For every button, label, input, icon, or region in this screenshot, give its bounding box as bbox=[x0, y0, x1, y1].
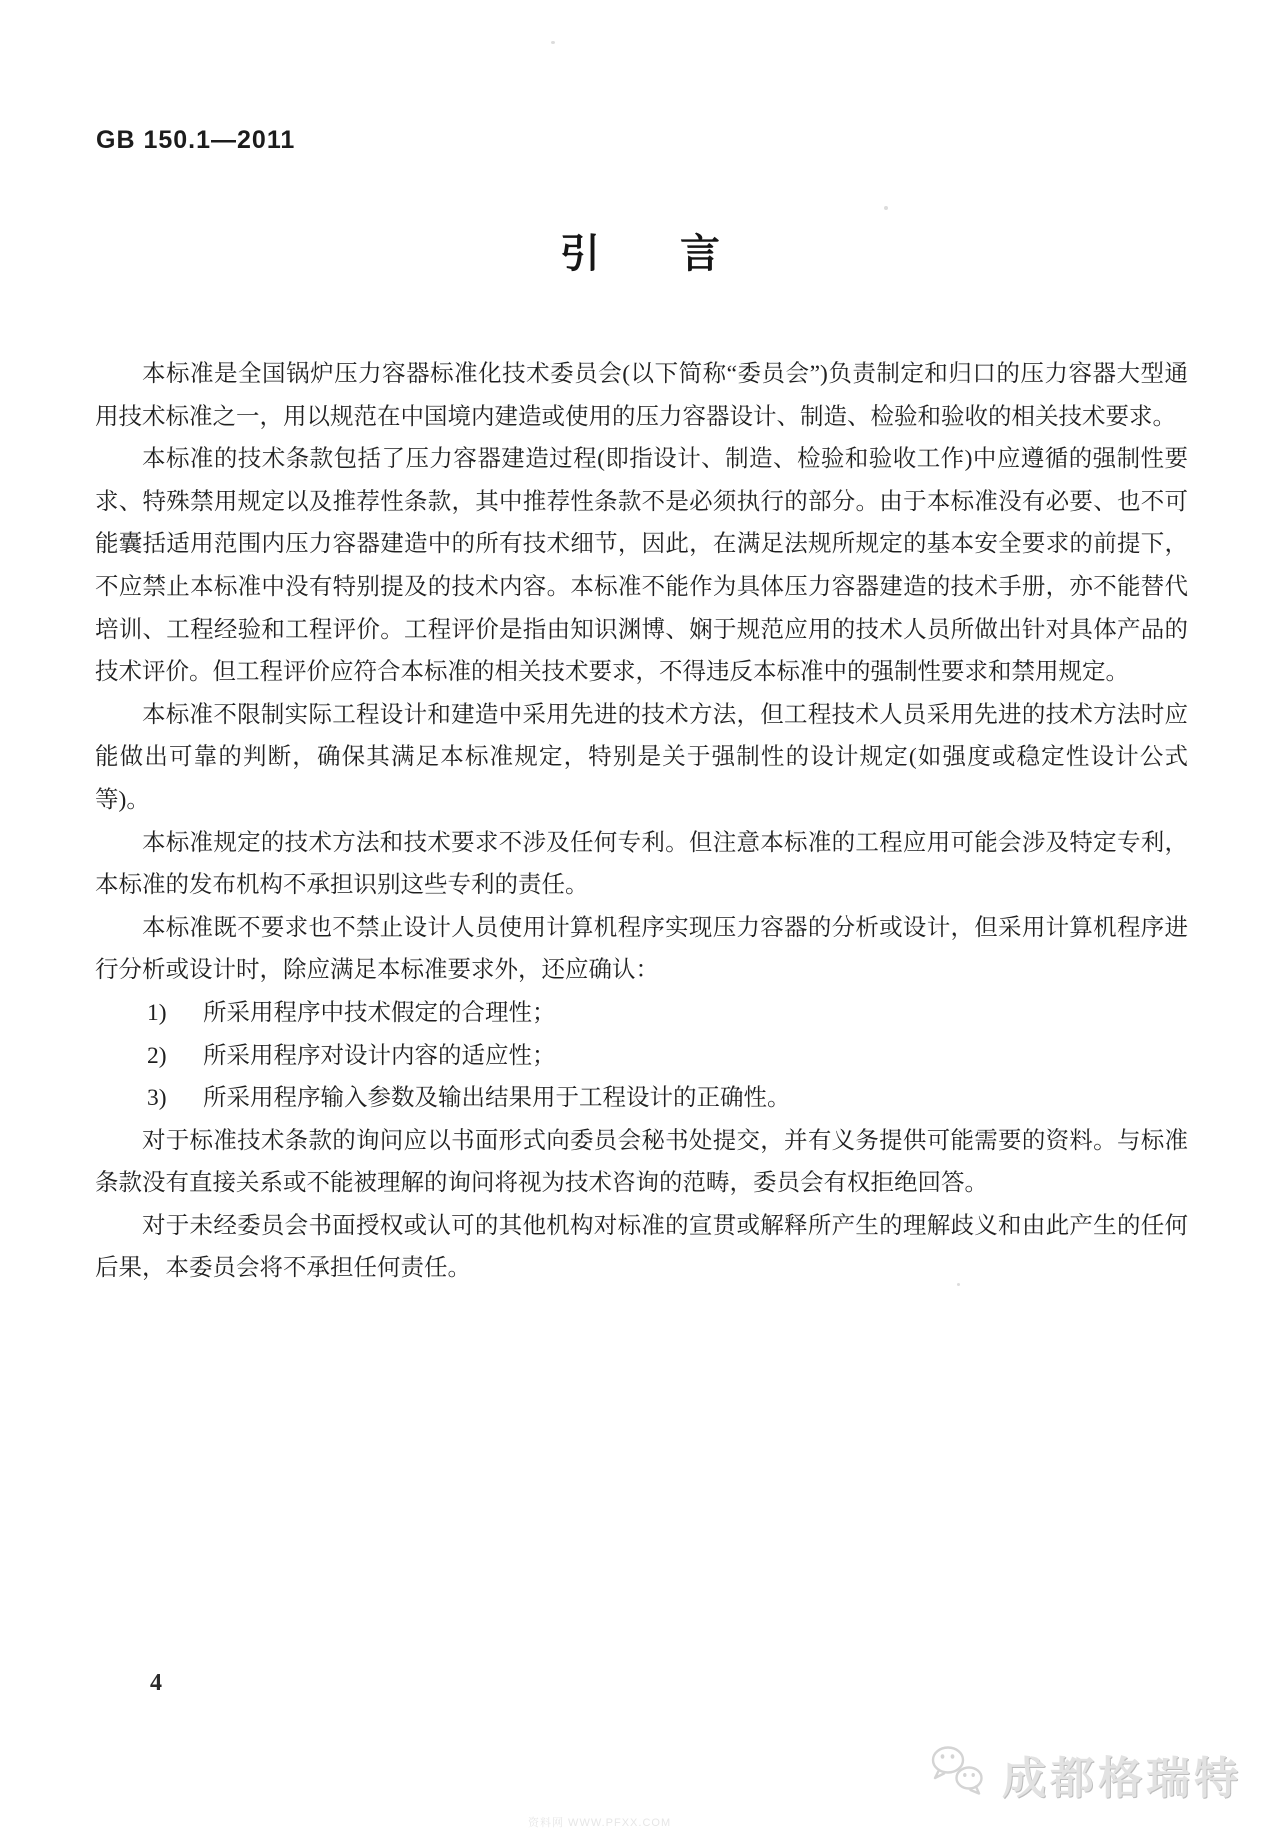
page-number: 4 bbox=[150, 1670, 162, 1697]
list-item-number: 2) bbox=[147, 1035, 203, 1078]
list-item: 1)所采用程序中技术假定的合理性； bbox=[95, 992, 1188, 1035]
scan-speck bbox=[551, 41, 555, 44]
paragraph: 本标准规定的技术方法和技术要求不涉及任何专利。但注意本标准的工程应用可能会涉及特… bbox=[95, 822, 1188, 907]
paragraph: 本标准不限制实际工程设计和建造中采用先进的技术方法，但工程技术人员采用先进的技术… bbox=[95, 694, 1188, 822]
list-item-text: 所采用程序对设计内容的适应性； bbox=[203, 1043, 556, 1069]
list-item: 3)所采用程序输入参数及输出结果用于工程设计的正确性。 bbox=[95, 1077, 1188, 1120]
brand-watermark: 成都格瑞特 bbox=[928, 1742, 1242, 1806]
scan-speck bbox=[344, 1128, 347, 1131]
paragraph: 对于标准技术条款的询问应以书面形式向委员会秘书处提交，并有义务提供可能需要的资料… bbox=[95, 1120, 1188, 1205]
numbered-list: 1)所采用程序中技术假定的合理性； 2)所采用程序对设计内容的适应性； 3)所采… bbox=[95, 992, 1188, 1120]
paragraph: 本标准是全国锅炉压力容器标准化技术委员会(以下简称“委员会”)负责制定和归口的压… bbox=[95, 353, 1188, 438]
list-item-text: 所采用程序输入参数及输出结果用于工程设计的正确性。 bbox=[203, 1085, 791, 1111]
paragraph: 本标准既不要求也不禁止设计人员使用计算机程序实现压力容器的分析或设计，但采用计算… bbox=[95, 907, 1188, 992]
list-item: 2)所采用程序对设计内容的适应性； bbox=[95, 1035, 1188, 1078]
list-item-number: 1) bbox=[147, 992, 203, 1035]
page-title: 引 言 bbox=[0, 222, 1280, 279]
paragraph: 对于未经委员会书面授权或认可的其他机构对标准的宣贯或解释所产生的理解歧义和由此产… bbox=[95, 1205, 1188, 1290]
scan-speck bbox=[957, 1283, 960, 1286]
brand-name: 成都格瑞特 bbox=[1002, 1742, 1242, 1806]
wechat-icon bbox=[928, 1743, 990, 1806]
list-item-text: 所采用程序中技术假定的合理性； bbox=[203, 1000, 556, 1026]
standard-number: GB 150.1—2011 bbox=[96, 126, 295, 155]
footer-watermark-text: 资料网 WWW.PFXX.COM bbox=[528, 1814, 671, 1830]
document-body: 本标准是全国锅炉压力容器标准化技术委员会(以下简称“委员会”)负责制定和归口的压… bbox=[95, 353, 1188, 1290]
list-item-number: 3) bbox=[147, 1077, 203, 1120]
document-page: GB 150.1—2011 引 言 本标准是全国锅炉压力容器标准化技术委员会(以… bbox=[0, 0, 1280, 1831]
scan-speck bbox=[884, 206, 888, 210]
paragraph: 本标准的技术条款包括了压力容器建造过程(即指设计、制造、检验和验收工作)中应遵循… bbox=[95, 438, 1188, 694]
